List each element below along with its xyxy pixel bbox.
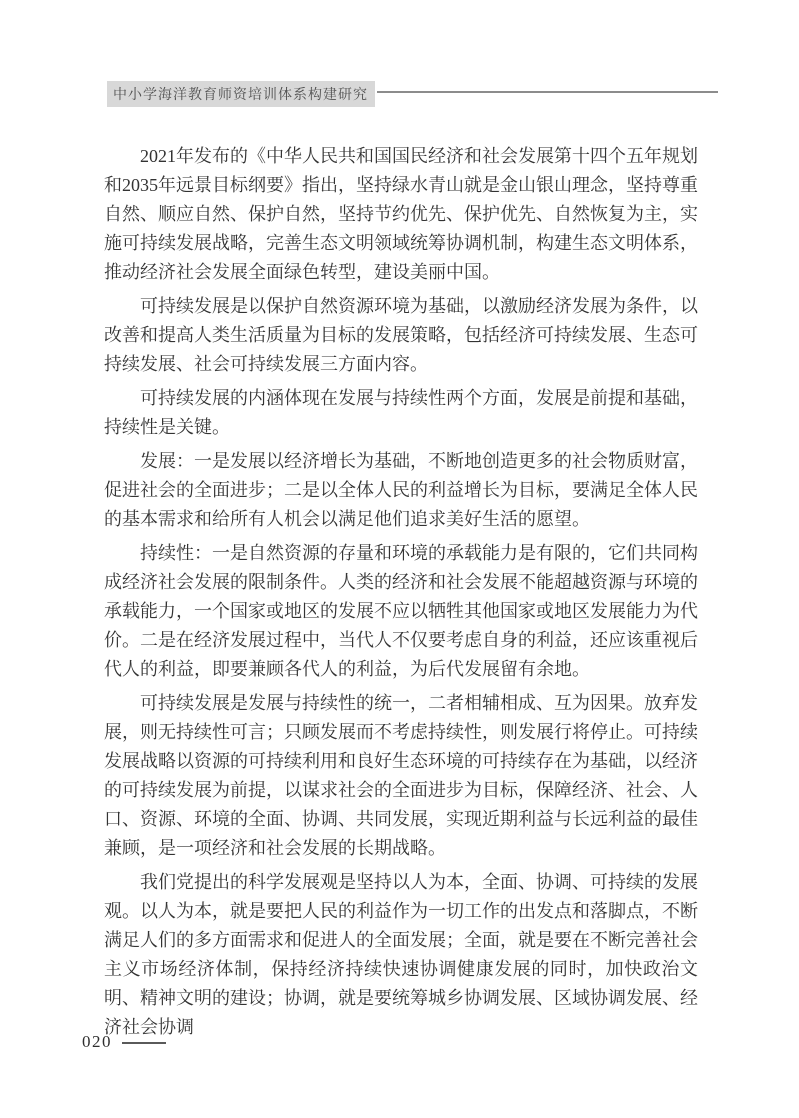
paragraph: 我们党提出的科学发展观是坚持以人为本，全面、协调、可持续的发展观。以人为本，就是… [104,868,698,1042]
book-page: 中小学海洋教育师资培训体系构建研究 2021年发布的《中华人民共和国国民经济和社… [0,0,799,1118]
running-header-title: 中小学海洋教育师资培训体系构建研究 [107,81,375,107]
page-footer: 020 [82,1031,166,1053]
paragraph: 可持续发展是发展与持续性的统一，二者相辅相成、互为因果。放弃发展，则无持续性可言… [104,689,698,863]
page-body-text: 2021年发布的《中华人民共和国国民经济和社会发展第十四个五年规划和2035年远… [104,142,698,1047]
running-header: 中小学海洋教育师资培训体系构建研究 [107,81,718,107]
paragraph: 可持续发展是以保护自然资源环境为基础，以激励经济发展为条件，以改善和提高人类生活… [104,292,698,379]
header-rule [377,91,718,93]
paragraph: 可持续发展的内涵体现在发展与持续性两个方面，发展是前提和基础，持续性是关键。 [104,384,698,442]
page-number: 020 [82,1031,112,1053]
paragraph: 2021年发布的《中华人民共和国国民经济和社会发展第十四个五年规划和2035年远… [104,142,698,287]
page-number-rule [122,1042,166,1044]
paragraph: 发展：一是发展以经济增长为基础，不断地创造更多的社会物质财富，促进社会的全面进步… [104,447,698,534]
paragraph: 持续性：一是自然资源的存量和环境的承载能力是有限的，它们共同构成经济社会发展的限… [104,539,698,684]
